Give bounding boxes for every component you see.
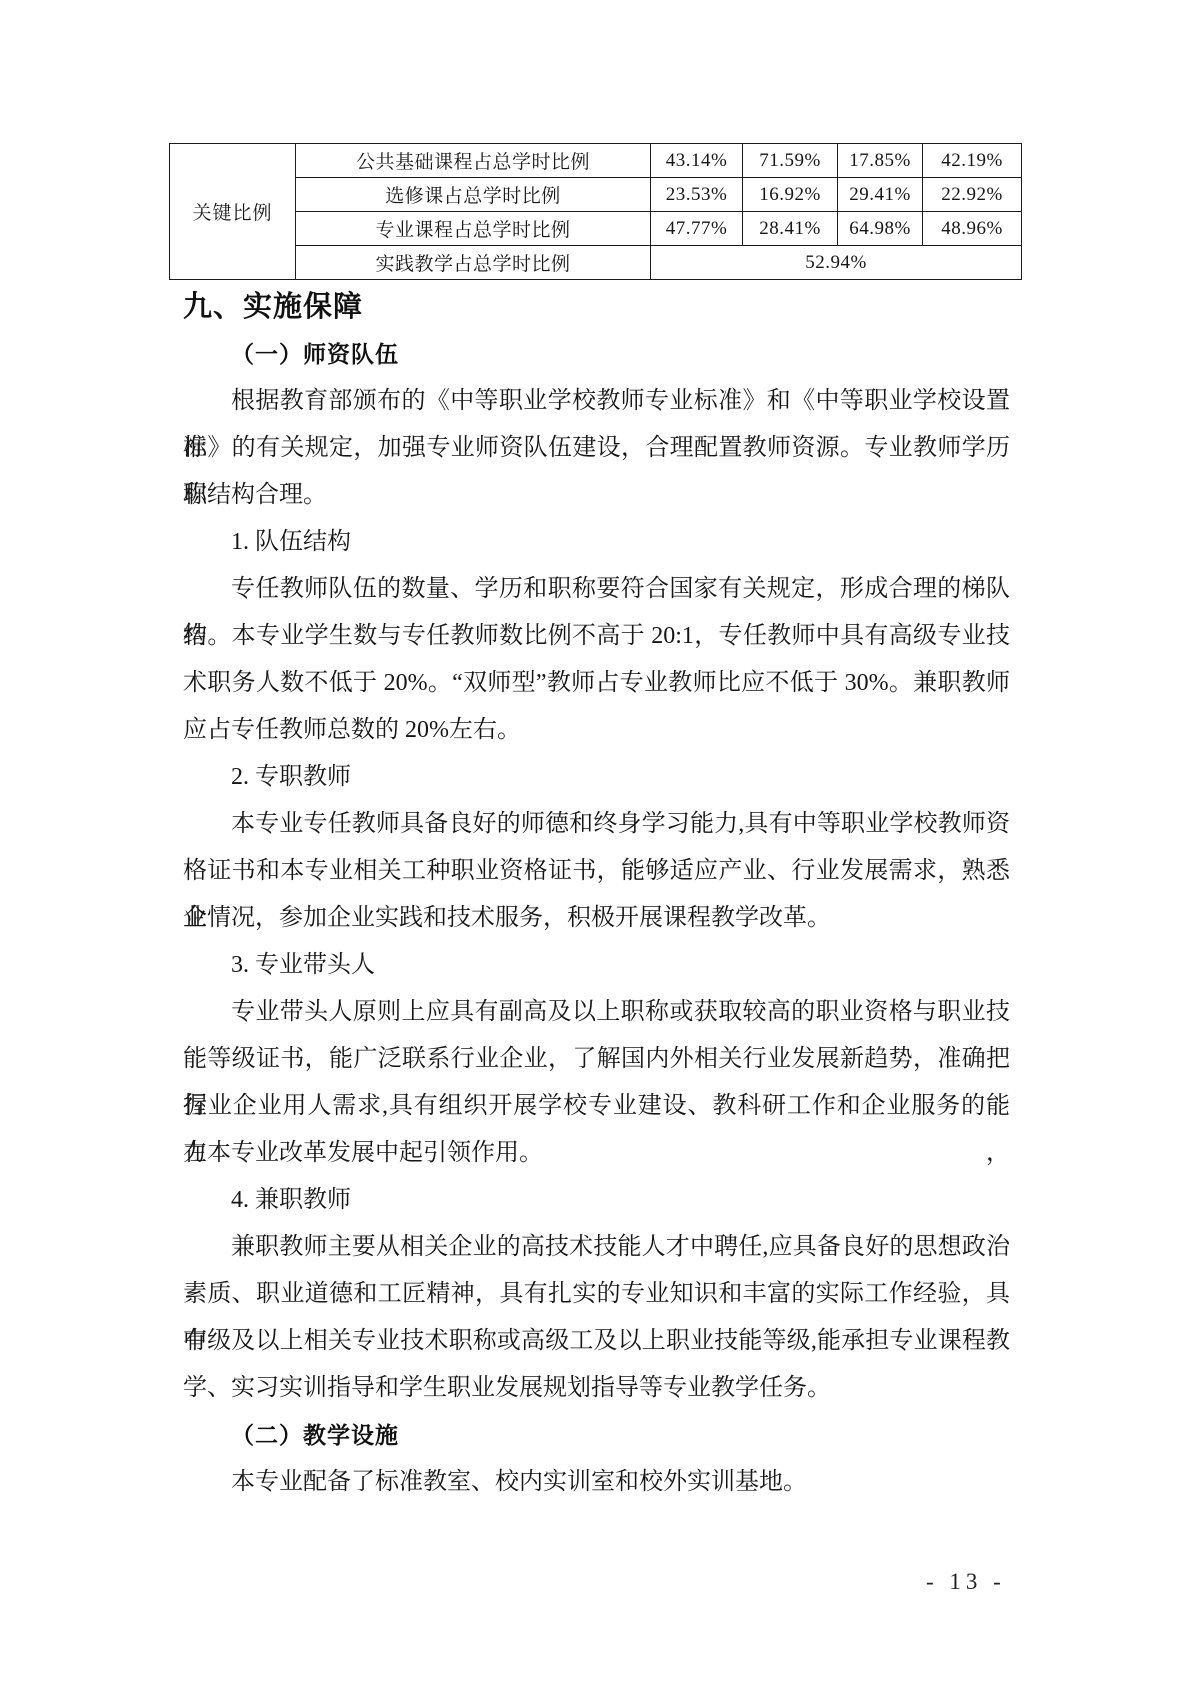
row-label-cell: 实践教学占总学时比例 — [296, 246, 651, 280]
paragraph-line: 中级及以上相关专业技术职称或高级工及以上职业技能等级,能承担专业课程教 — [183, 1318, 1010, 1365]
row-label-cell: 公共基础课程占总学时比例 — [296, 144, 651, 178]
table-row: 专业课程占总学时比例47.77%28.41%64.98%48.96% — [170, 212, 1022, 246]
key-ratio-table: 关键比例公共基础课程占总学时比例43.14%71.59%17.85%42.19%… — [169, 143, 1022, 280]
table-row: 关键比例公共基础课程占总学时比例43.14%71.59%17.85%42.19% — [170, 144, 1022, 178]
document-body: 九、实施保障（一）师资队伍根据教育部颁布的《中等职业学校教师专业标准》和《中等职… — [183, 284, 1010, 1506]
ratio-value-cell: 52.94% — [651, 246, 1022, 280]
table-row: 选修课占总学时比例23.53%16.92%29.41%22.92% — [170, 178, 1022, 212]
numbered-item: 2. 专职教师 — [183, 754, 1010, 801]
ratio-value-cell: 48.96% — [923, 212, 1022, 246]
paragraph-line: 术职务人数不低于 20%。“双师型”教师占专业教师比应不低于 30%。兼职教师 — [183, 660, 1010, 707]
paragraph-line: 学、实习实训指导和学生职业发展规划指导等专业教学任务。 — [183, 1365, 1010, 1412]
numbered-item: 3. 专业带头人 — [183, 942, 1010, 989]
row-header-cell: 关键比例 — [170, 144, 296, 280]
paragraph-line: 专任教师队伍的数量、学历和职称要符合国家有关规定，形成合理的梯队结 — [183, 566, 1010, 613]
paragraph-line: 业情况，参加企业实践和技术服务，积极开展课程教学改革。 — [183, 895, 1010, 942]
key-ratio-table-body: 关键比例公共基础课程占总学时比例43.14%71.59%17.85%42.19%… — [170, 144, 1022, 280]
paragraph-line: 准》的有关规定，加强专业师资队伍建设，合理配置教师资源。专业教师学历职 — [183, 425, 1010, 472]
ratio-value-cell: 22.92% — [923, 178, 1022, 212]
paragraph-line: 称结构合理。 — [183, 472, 1010, 519]
paragraph-line: 格证书和本专业相关工种职业资格证书，能够适应产业、行业发展需求，熟悉企 — [183, 848, 1010, 895]
numbered-item: 1. 队伍结构 — [183, 519, 1010, 566]
ratio-value-cell: 17.85% — [838, 144, 923, 178]
ratio-value-cell: 43.14% — [651, 144, 743, 178]
ratio-value-cell: 23.53% — [651, 178, 743, 212]
numbered-item: 4. 兼职教师 — [183, 1177, 1010, 1224]
page-number: - 13 - — [926, 1558, 1006, 1605]
subsection-heading: （一）师资队伍 — [183, 331, 1010, 378]
section-heading: 九、实施保障 — [183, 284, 1010, 331]
paragraph-line: 能等级证书，能广泛联系行业企业，了解国内外相关行业发展新趋势，准确把握 — [183, 1036, 1010, 1083]
paragraph-line: 应占专任教师总数的 20%左右。 — [183, 707, 1010, 754]
paragraph-line: 本专业配备了标准教室、校内实训室和校外实训基地。 — [183, 1459, 1010, 1506]
ratio-value-cell: 29.41% — [838, 178, 923, 212]
row-label-cell: 专业课程占总学时比例 — [296, 212, 651, 246]
paragraph-line: 本专业专任教师具备良好的师德和终身学习能力,具有中等职业学校教师资 — [183, 801, 1010, 848]
document-page: 关键比例公共基础课程占总学时比例43.14%71.59%17.85%42.19%… — [0, 0, 1191, 1684]
row-label-cell: 选修课占总学时比例 — [296, 178, 651, 212]
subsection-heading: （二）教学设施 — [183, 1412, 1010, 1459]
paragraph-line: 行业企业用人需求,具有组织开展学校专业建设、教科研工作和企业服务的能力， — [183, 1083, 1010, 1130]
ratio-value-cell: 42.19% — [923, 144, 1022, 178]
ratio-value-cell: 64.98% — [838, 212, 923, 246]
ratio-value-cell: 71.59% — [743, 144, 838, 178]
paragraph-line: 专业带头人原则上应具有副高及以上职称或获取较高的职业资格与职业技 — [183, 989, 1010, 1036]
table-row: 实践教学占总学时比例52.94% — [170, 246, 1022, 280]
paragraph-line: 构。本专业学生数与专任教师数比例不高于 20:1，专任教师中具有高级专业技 — [183, 613, 1010, 660]
ratio-value-cell: 16.92% — [743, 178, 838, 212]
ratio-value-cell: 28.41% — [743, 212, 838, 246]
paragraph-line: 素质、职业道德和工匠精神，具有扎实的专业知识和丰富的实际工作经验，具有 — [183, 1271, 1010, 1318]
ratio-value-cell: 47.77% — [651, 212, 743, 246]
paragraph-line: 兼职教师主要从相关企业的高技术技能人才中聘任,应具备良好的思想政治 — [183, 1224, 1010, 1271]
paragraph-line: 根据教育部颁布的《中等职业学校教师专业标准》和《中等职业学校设置标 — [183, 378, 1010, 425]
